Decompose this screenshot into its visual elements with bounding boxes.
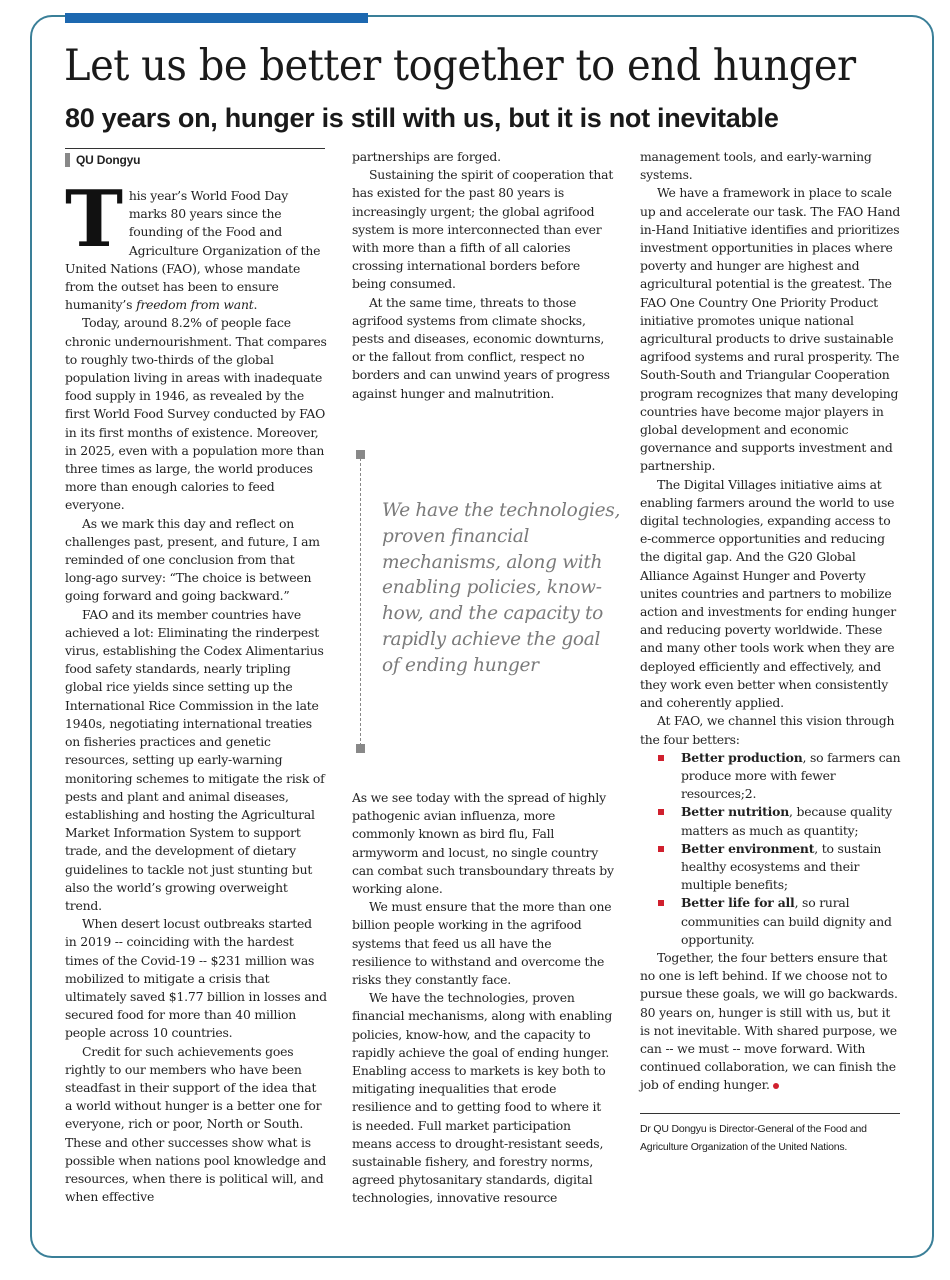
red-square-bullet-icon — [658, 809, 664, 815]
intro-italic: freedom from want — [136, 297, 253, 312]
list-item-bold: Better nutrition — [681, 804, 789, 819]
list-item-bold: Better production — [681, 750, 803, 765]
four-betters-list: Better production, so farmers can produc… — [640, 749, 902, 949]
pullquote-bottom-square-icon — [356, 744, 365, 753]
author-bio: Dr QU Dongyu is Director-General of the … — [640, 1120, 902, 1156]
closing-paragraph: Together, the four betters ensure that n… — [640, 949, 902, 1095]
paragraph: When desert locust outbreaks started in … — [65, 915, 327, 1042]
paragraph: At FAO, we channel this vision through t… — [640, 712, 902, 748]
paragraph: FAO and its member countries have achiev… — [65, 606, 327, 915]
column-3: management tools, and early-warning syst… — [640, 148, 902, 1156]
paragraph: Sustaining the spirit of cooperation tha… — [352, 166, 614, 293]
closing-text: Together, the four betters ensure that n… — [640, 950, 898, 1092]
pullquote-dashed-rule — [360, 458, 361, 746]
paragraph: We have a framework in place to scale up… — [640, 184, 902, 475]
drop-cap: T — [65, 189, 123, 251]
subheadline: 80 years on, hunger is still with us, bu… — [65, 100, 925, 136]
paragraph-continuation: management tools, and early-warning syst… — [640, 148, 902, 184]
byline-rule — [65, 148, 325, 149]
headline: Let us be better together to end hunger — [64, 38, 864, 94]
list-item-bold: Better environment — [681, 841, 814, 856]
list-item: Better production, so farmers can produc… — [658, 749, 902, 804]
column-2-top: partnerships are forged. Sustaining the … — [352, 148, 614, 403]
paragraph: We must ensure that the more than one bi… — [352, 898, 614, 989]
list-item: Better nutrition, because quality matter… — [658, 803, 902, 839]
list-item: Better environment, to sustain healthy e… — [658, 840, 902, 895]
paragraph: As we mark this day and reflect on chall… — [65, 515, 327, 606]
pull-quote: We have the technologies, proven financi… — [356, 450, 618, 750]
paragraph: Credit for such achievements goes rightl… — [65, 1043, 327, 1207]
end-mark-dot-icon — [773, 1083, 779, 1089]
list-item: Better life for all, so rural communitie… — [658, 894, 902, 949]
pullquote-text: We have the technologies, proven financi… — [382, 498, 622, 679]
paragraph-continuation: As we see today with the spread of highl… — [352, 789, 614, 898]
bio-rule — [640, 1113, 900, 1114]
red-square-bullet-icon — [658, 900, 664, 906]
paragraph-continuation: partnerships are forged. — [352, 148, 614, 166]
list-item-bold: Better life for all — [681, 895, 795, 910]
column-2-bottom: As we see today with the spread of highl… — [352, 789, 614, 1208]
accent-bar — [65, 13, 368, 23]
column-1: QU Dongyu This year’s World Food Day mar… — [65, 148, 327, 1206]
intro-end: . — [254, 297, 258, 312]
paragraph: At the same time, threats to those agrif… — [352, 294, 614, 403]
red-square-bullet-icon — [658, 846, 664, 852]
paragraph: The Digital Villages initiative aims at … — [640, 476, 902, 713]
paragraph: We have the technologies, proven financi… — [352, 989, 614, 1207]
paragraph: Today, around 8.2% of people face chroni… — [65, 314, 327, 514]
red-square-bullet-icon — [658, 755, 664, 761]
author-byline: QU Dongyu — [65, 153, 327, 167]
intro-paragraph: This year’s World Food Day marks 80 year… — [65, 187, 327, 314]
